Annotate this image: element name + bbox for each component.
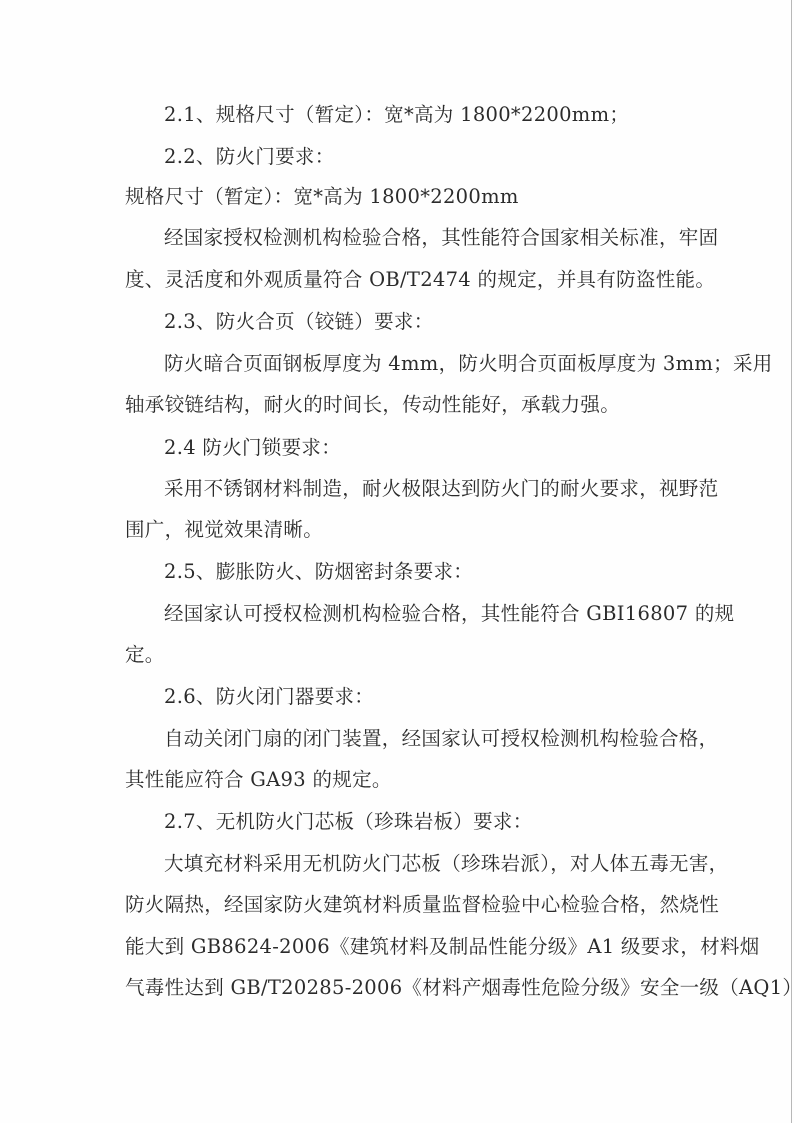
section-heading-2-7: 2.7、无机防火门芯板（珍珠岩板）要求： [164, 809, 533, 835]
paragraph-line: 自动关闭门扇的闭门装置，经国家认可授权检测机构检验合格， [164, 726, 680, 752]
paragraph-line: 能大到 GB8624-2006《建筑材料及制品性能分级》A1 级要求，材料烟 [125, 934, 680, 960]
paragraph-line: 经国家授权检测机构检验合格，其性能符合国家相关标准，牢固 [164, 225, 680, 251]
paragraph-line: 定。 [125, 642, 165, 668]
section-heading-2-2: 2.2、防火门要求： [164, 144, 335, 170]
paragraph-line: 围广，视觉效果清晰。 [125, 517, 323, 543]
document-page: 2.1、规格尺寸（暂定）：宽*高为 1800*2200mm； 2.2、防火门要求… [0, 0, 794, 1123]
section-heading-2-6: 2.6、防火闭门器要求： [164, 684, 374, 710]
paragraph-line: 防火隔热，经国家防火建筑材料质量监督检验中心检验合格，然烧性 [125, 892, 680, 918]
paragraph-line: 大填充材料采用无机防火门芯板（珍珠岩派），对人体五毒无害， [164, 851, 680, 877]
paragraph-line: 轴承铰链结构，耐火的时间长，传动性能好，承载力强。 [125, 392, 620, 418]
paragraph-line: 其性能应符合 GA93 的规定。 [125, 767, 392, 793]
paragraph-line: 采用不锈钢材料制造，耐火极限达到防火门的耐火要求，视野范 [164, 476, 680, 502]
section-heading-2-5: 2.5、膨胀防火、防烟密封条要求： [164, 559, 473, 585]
paragraph-line: 气毒性达到 GB/T20285-2006《材料产烟毒性危险分级》安全一级（AQ1… [125, 975, 680, 1001]
page-edge-line [791, 0, 792, 1123]
paragraph-line: 防火暗合页面钢板厚度为 4mm，防火明合页面板厚度为 3mm；采用 [164, 351, 680, 377]
section-heading-2-3: 2.3、防火合页（铰链）要求： [164, 309, 434, 335]
section-heading-2-4: 2.4 防火门锁要求： [164, 435, 341, 461]
paragraph-line: 经国家认可授权检测机构检验合格，其性能符合 GBI16807 的规 [164, 601, 680, 627]
paragraph-line: 规格尺寸（暂定）：宽*高为 1800*2200mm [125, 184, 519, 210]
paragraph-line: 度、灵活度和外观质量符合 OB/T2474 的规定，并具有防盗性能。 [125, 267, 715, 293]
section-heading-2-1: 2.1、规格尺寸（暂定）：宽*高为 1800*2200mm； [164, 102, 629, 128]
